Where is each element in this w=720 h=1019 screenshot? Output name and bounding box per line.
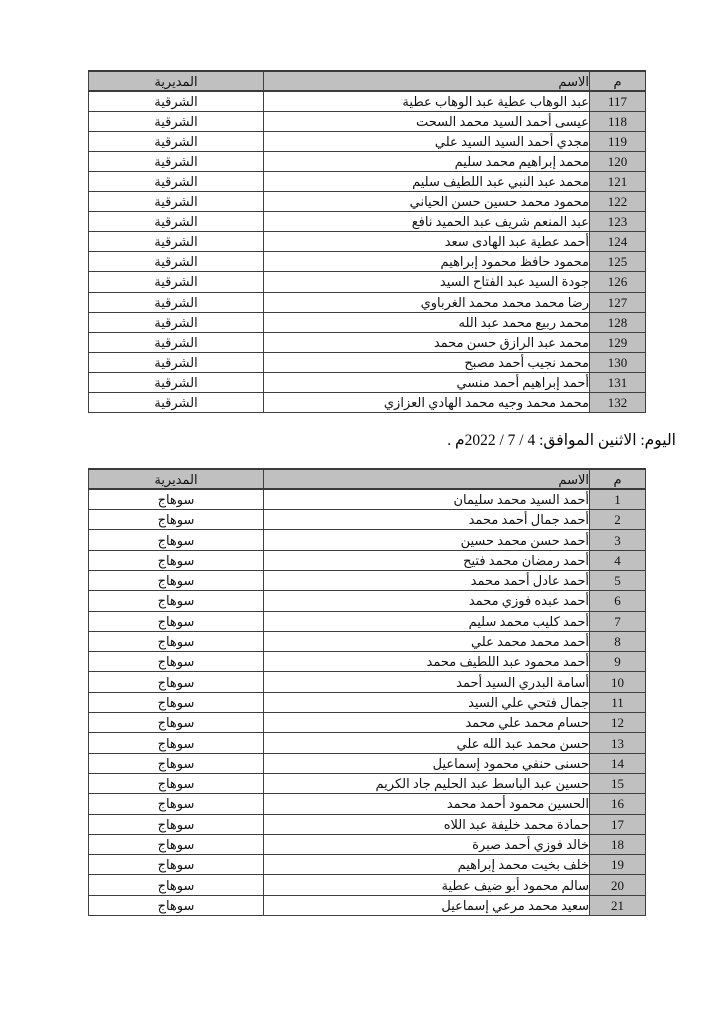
cell-directorate: سوهاج (89, 773, 264, 793)
cell-serial-number: 15 (590, 773, 646, 793)
table-row: 19خلف بخيت محمد إبراهيمسوهاج (89, 855, 646, 875)
sharqia-roster-table: م الاسم المديرية 117عبد الوهاب عطية عبد … (88, 70, 646, 413)
cell-directorate: سوهاج (89, 895, 264, 915)
table-row: 128محمد ربيع محمد عبد اللهالشرقية (89, 312, 646, 332)
cell-directorate: الشرقية (89, 192, 264, 212)
table-row: 13حسن محمد عبد الله عليسوهاج (89, 733, 646, 753)
cell-directorate: سوهاج (89, 794, 264, 814)
cell-name: أحمد إبراهيم أحمد منسي (264, 372, 590, 392)
cell-name: أحمد كليب محمد سليم (264, 611, 590, 631)
table-row: 14حسنى حنفي محمود إسماعيلسوهاج (89, 753, 646, 773)
cell-serial-number: 21 (590, 895, 646, 915)
cell-directorate: سوهاج (89, 611, 264, 631)
table-row: 129محمد عبد الرازق حسن محمدالشرقية (89, 332, 646, 352)
cell-serial-number: 122 (590, 192, 646, 212)
table-row: 21سعيد محمد مرعي إسماعيلسوهاج (89, 895, 646, 915)
cell-serial-number: 119 (590, 131, 646, 151)
cell-name: أحمد عادل أحمد محمد (264, 570, 590, 590)
cell-directorate: سوهاج (89, 753, 264, 773)
table-row: 120محمد إبراهيم محمد سليمالشرقية (89, 151, 646, 171)
cell-name: الحسين محمود أحمد محمد (264, 794, 590, 814)
cell-directorate: الشرقية (89, 352, 264, 372)
cell-name: أحمد محمد محمد علي (264, 631, 590, 651)
table-row: 8أحمد محمد محمد عليسوهاج (89, 631, 646, 651)
cell-serial-number: 16 (590, 794, 646, 814)
table-row: 122محمود محمد حسين حسن الحيانيالشرقية (89, 192, 646, 212)
cell-directorate: الشرقية (89, 212, 264, 232)
cell-name: محمد عبد النبي عبد اللطيف سليم (264, 171, 590, 191)
cell-serial-number: 18 (590, 834, 646, 854)
cell-name: أحمد حسن محمد حسين (264, 530, 590, 550)
table-row: 125محمود حافظ محمود إبراهيمالشرقية (89, 252, 646, 272)
table-row: 15حسين عبد الباسط عبد الحليم جاد الكريمس… (89, 773, 646, 793)
cell-directorate: سوهاج (89, 591, 264, 611)
cell-name: أحمد جمال أحمد محمد (264, 510, 590, 530)
table-row: 119مجدي أحمد السيد السيد عليالشرقية (89, 131, 646, 151)
cell-name: محمد نجيب أحمد مصبح (264, 352, 590, 372)
cell-serial-number: 129 (590, 332, 646, 352)
cell-directorate: سوهاج (89, 814, 264, 834)
cell-serial-number: 126 (590, 272, 646, 292)
cell-name: محمود حافظ محمود إبراهيم (264, 252, 590, 272)
header-serial-number: م (590, 469, 646, 489)
cell-name: أحمد رمضان محمد فتيح (264, 550, 590, 570)
header-directorate: المديرية (89, 71, 264, 91)
cell-name: رضا محمد محمد محمد الغرباوي (264, 292, 590, 312)
cell-name: حسن محمد عبد الله علي (264, 733, 590, 753)
cell-directorate: سوهاج (89, 652, 264, 672)
table-row: 17حمادة محمد خليفة عبد اللاهسوهاج (89, 814, 646, 834)
cell-serial-number: 17 (590, 814, 646, 834)
cell-name: أحمد السيد محمد سليمان (264, 489, 590, 509)
cell-name: جودة السيد عبد الفتاح السيد (264, 272, 590, 292)
cell-serial-number: 118 (590, 111, 646, 131)
table-row: 9أحمد محمود عبد اللطيف محمدسوهاج (89, 652, 646, 672)
cell-name: محمود محمد حسين حسن الحياني (264, 192, 590, 212)
header-row: م الاسم المديرية (89, 469, 646, 489)
cell-directorate: سوهاج (89, 672, 264, 692)
cell-serial-number: 128 (590, 312, 646, 332)
table-row: 18خالد فوزي أحمد صبرةسوهاج (89, 834, 646, 854)
cell-serial-number: 130 (590, 352, 646, 372)
cell-serial-number: 2 (590, 510, 646, 530)
table-row: 123عبد المنعم شريف عبد الحميد نافعالشرقي… (89, 212, 646, 232)
cell-directorate: الشرقية (89, 232, 264, 252)
table-row: 127رضا محمد محمد محمد الغرباويالشرقية (89, 292, 646, 312)
cell-serial-number: 12 (590, 713, 646, 733)
table-row: 3أحمد حسن محمد حسينسوهاج (89, 530, 646, 550)
cell-serial-number: 10 (590, 672, 646, 692)
cell-directorate: سوهاج (89, 550, 264, 570)
header-name: الاسم (264, 469, 590, 489)
cell-name: حسنى حنفي محمود إسماعيل (264, 753, 590, 773)
cell-serial-number: 14 (590, 753, 646, 773)
table-row: 12حسام محمد علي محمدسوهاج (89, 713, 646, 733)
cell-directorate: سوهاج (89, 834, 264, 854)
cell-serial-number: 121 (590, 171, 646, 191)
cell-name: أحمد محمود عبد اللطيف محمد (264, 652, 590, 672)
cell-serial-number: 8 (590, 631, 646, 651)
table-row: 16الحسين محمود أحمد محمدسوهاج (89, 794, 646, 814)
table-row: 20سالم محمود أبو ضيف عطيةسوهاج (89, 875, 646, 895)
sohag-roster-table: م الاسم المديرية 1أحمد السيد محمد سليمان… (88, 468, 646, 916)
cell-name: أحمد عطية عبد الهادى سعد (264, 232, 590, 252)
table-row: 11جمال فتحي علي السيدسوهاج (89, 692, 646, 712)
cell-directorate: سوهاج (89, 631, 264, 651)
table-row: 130محمد نجيب أحمد مصبحالشرقية (89, 352, 646, 372)
cell-name: أحمد عبده فوزي محمد (264, 591, 590, 611)
cell-serial-number: 19 (590, 855, 646, 875)
table-row: 117عبد الوهاب عطية عبد الوهاب عطيةالشرقي… (89, 91, 646, 111)
cell-directorate: الشرقية (89, 292, 264, 312)
cell-serial-number: 1 (590, 489, 646, 509)
cell-name: سالم محمود أبو ضيف عطية (264, 875, 590, 895)
cell-name: محمد إبراهيم محمد سليم (264, 151, 590, 171)
cell-directorate: سوهاج (89, 855, 264, 875)
cell-directorate: سوهاج (89, 489, 264, 509)
cell-serial-number: 117 (590, 91, 646, 111)
table-row: 1أحمد السيد محمد سليمانسوهاج (89, 489, 646, 509)
table-row: 118عيسى أحمد السيد محمد السحتالشرقية (89, 111, 646, 131)
cell-serial-number: 120 (590, 151, 646, 171)
table-row: 124أحمد عطية عبد الهادى سعدالشرقية (89, 232, 646, 252)
cell-directorate: سوهاج (89, 875, 264, 895)
cell-directorate: الشرقية (89, 131, 264, 151)
cell-name: حسين عبد الباسط عبد الحليم جاد الكريم (264, 773, 590, 793)
cell-serial-number: 6 (590, 591, 646, 611)
cell-name: محمد عبد الرازق حسن محمد (264, 332, 590, 352)
cell-directorate: الشرقية (89, 393, 264, 413)
cell-directorate: الشرقية (89, 151, 264, 171)
cell-name: حمادة محمد خليفة عبد اللاه (264, 814, 590, 834)
header-directorate: المديرية (89, 469, 264, 489)
table-row: 5أحمد عادل أحمد محمدسوهاج (89, 570, 646, 590)
table-row: 2أحمد جمال أحمد محمدسوهاج (89, 510, 646, 530)
cell-directorate: الشرقية (89, 332, 264, 352)
cell-directorate: الشرقية (89, 111, 264, 131)
cell-name: محمد محمد وجيه محمد الهادي العزازي (264, 393, 590, 413)
cell-name: عبد الوهاب عطية عبد الوهاب عطية (264, 91, 590, 111)
cell-serial-number: 4 (590, 550, 646, 570)
table-row: 7أحمد كليب محمد سليمسوهاج (89, 611, 646, 631)
table-row: 121محمد عبد النبي عبد اللطيف سليمالشرقية (89, 171, 646, 191)
table-row: 132محمد محمد وجيه محمد الهادي العزازيالش… (89, 393, 646, 413)
cell-directorate: الشرقية (89, 252, 264, 272)
header-serial-number: م (590, 71, 646, 91)
cell-name: سعيد محمد مرعي إسماعيل (264, 895, 590, 915)
cell-directorate: سوهاج (89, 530, 264, 550)
cell-directorate: الشرقية (89, 171, 264, 191)
table-row: 10أسامة البدري السيد أحمدسوهاج (89, 672, 646, 692)
cell-name: خالد فوزي أحمد صبرة (264, 834, 590, 854)
cell-serial-number: 3 (590, 530, 646, 550)
date-line: اليوم: الاثنين الموافق: 4 / 7 / 2022م . (447, 431, 676, 450)
header-name: الاسم (264, 71, 590, 91)
cell-serial-number: 11 (590, 692, 646, 712)
cell-directorate: سوهاج (89, 713, 264, 733)
cell-name: عيسى أحمد السيد محمد السحت (264, 111, 590, 131)
cell-serial-number: 13 (590, 733, 646, 753)
cell-directorate: سوهاج (89, 510, 264, 530)
cell-serial-number: 124 (590, 232, 646, 252)
cell-serial-number: 123 (590, 212, 646, 232)
cell-name: مجدي أحمد السيد السيد علي (264, 131, 590, 151)
cell-serial-number: 7 (590, 611, 646, 631)
document-page: م الاسم المديرية 117عبد الوهاب عطية عبد … (0, 0, 720, 1019)
cell-name: أسامة البدري السيد أحمد (264, 672, 590, 692)
cell-directorate: الشرقية (89, 312, 264, 332)
cell-directorate: سوهاج (89, 692, 264, 712)
cell-serial-number: 9 (590, 652, 646, 672)
table-row: 131أحمد إبراهيم أحمد منسيالشرقية (89, 372, 646, 392)
cell-name: جمال فتحي علي السيد (264, 692, 590, 712)
header-row: م الاسم المديرية (89, 71, 646, 91)
cell-serial-number: 5 (590, 570, 646, 590)
cell-name: خلف بخيت محمد إبراهيم (264, 855, 590, 875)
cell-directorate: الشرقية (89, 372, 264, 392)
cell-serial-number: 125 (590, 252, 646, 272)
cell-name: محمد ربيع محمد عبد الله (264, 312, 590, 332)
cell-directorate: سوهاج (89, 570, 264, 590)
table-row: 6أحمد عبده فوزي محمدسوهاج (89, 591, 646, 611)
table-row: 4أحمد رمضان محمد فتيحسوهاج (89, 550, 646, 570)
cell-name: حسام محمد علي محمد (264, 713, 590, 733)
cell-name: عبد المنعم شريف عبد الحميد نافع (264, 212, 590, 232)
cell-directorate: سوهاج (89, 733, 264, 753)
cell-directorate: الشرقية (89, 91, 264, 111)
cell-serial-number: 131 (590, 372, 646, 392)
cell-serial-number: 20 (590, 875, 646, 895)
cell-serial-number: 127 (590, 292, 646, 312)
cell-serial-number: 132 (590, 393, 646, 413)
cell-directorate: الشرقية (89, 272, 264, 292)
table-row: 126جودة السيد عبد الفتاح السيدالشرقية (89, 272, 646, 292)
